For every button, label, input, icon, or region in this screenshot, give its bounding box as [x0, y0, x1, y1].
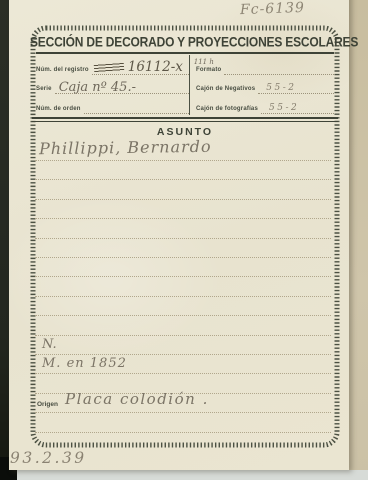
ruled-line — [35, 432, 331, 433]
field-serie: Serie Caja nº 45.- — [36, 75, 189, 95]
subject-handwritten: Phillippi, Bernardo — [39, 137, 212, 158]
field-formato: Formato — [196, 55, 334, 75]
ruled-line — [35, 373, 331, 374]
field-fotografias: Cajón de fotografías 55-2 — [196, 94, 334, 114]
section-double-rule — [32, 117, 338, 122]
ruled-line — [35, 238, 331, 239]
ruled-line — [35, 296, 331, 297]
registro-superscript-handwritten: 111 h — [194, 58, 214, 66]
death-note-handwritten: M. en 1852 — [42, 356, 127, 371]
formato-line-empty — [224, 54, 334, 75]
card-title: SECCIÓN DE DECORADO Y PROYECCIONES ESCOL… — [30, 34, 340, 50]
negativos-line: 55-2 — [258, 74, 334, 95]
serie-label: Serie — [36, 86, 52, 94]
birth-note-handwritten: N. — [42, 337, 57, 352]
orden-label: Núm. de orden — [36, 106, 81, 114]
ruled-line — [35, 218, 331, 219]
origen-label: Origen — [37, 401, 58, 408]
scan-background-bottom-edge — [0, 470, 368, 480]
ruled-line — [35, 412, 331, 413]
ruled-line — [35, 354, 331, 355]
registro-value-handwritten: 16112-x — [128, 59, 183, 75]
formato-label: Formato — [196, 67, 221, 75]
ruled-line — [35, 179, 331, 180]
ruled-line — [35, 335, 331, 336]
fields-section: Núm. del registro 16112-x 111 h Serie Ca… — [36, 55, 334, 117]
negativos-value-handwritten: 55-2 — [266, 83, 296, 93]
negativos-label: Cajón de Negativos — [196, 86, 255, 94]
ruled-line — [35, 257, 331, 258]
ruled-line — [35, 276, 331, 277]
registro-line: 16112-x 111 h — [92, 54, 189, 75]
ruled-line — [35, 160, 331, 161]
origen-value-handwritten: Placa colodión . — [65, 390, 209, 408]
index-card: SECCIÓN DE DECORADO Y PROYECCIONES ESCOL… — [9, 0, 349, 470]
ruled-line — [35, 199, 331, 200]
serie-line: Caja nº 45.- — [55, 74, 189, 95]
pencil-code-top-right: Fc-6139 — [240, 0, 305, 18]
field-registro: Núm. del registro 16112-x 111 h — [36, 55, 189, 75]
field-negativos: Cajón de Negativos 55-2 — [196, 75, 334, 95]
fields-left-column: Núm. del registro 16112-x 111 h Serie Ca… — [36, 55, 189, 117]
fotografias-label: Cajón de fotografías — [196, 106, 258, 114]
fotografias-value-handwritten: 55-2 — [269, 103, 299, 113]
pencil-code-bottom-left: 93.2.39 — [10, 449, 87, 467]
orden-line-empty — [84, 93, 189, 114]
crossed-out-scribble — [93, 61, 124, 72]
ruled-line — [35, 315, 331, 316]
fotografias-line: 55-2 — [261, 93, 334, 114]
field-orden: Núm. de orden — [36, 94, 189, 114]
scan-background-left-edge — [0, 0, 9, 480]
